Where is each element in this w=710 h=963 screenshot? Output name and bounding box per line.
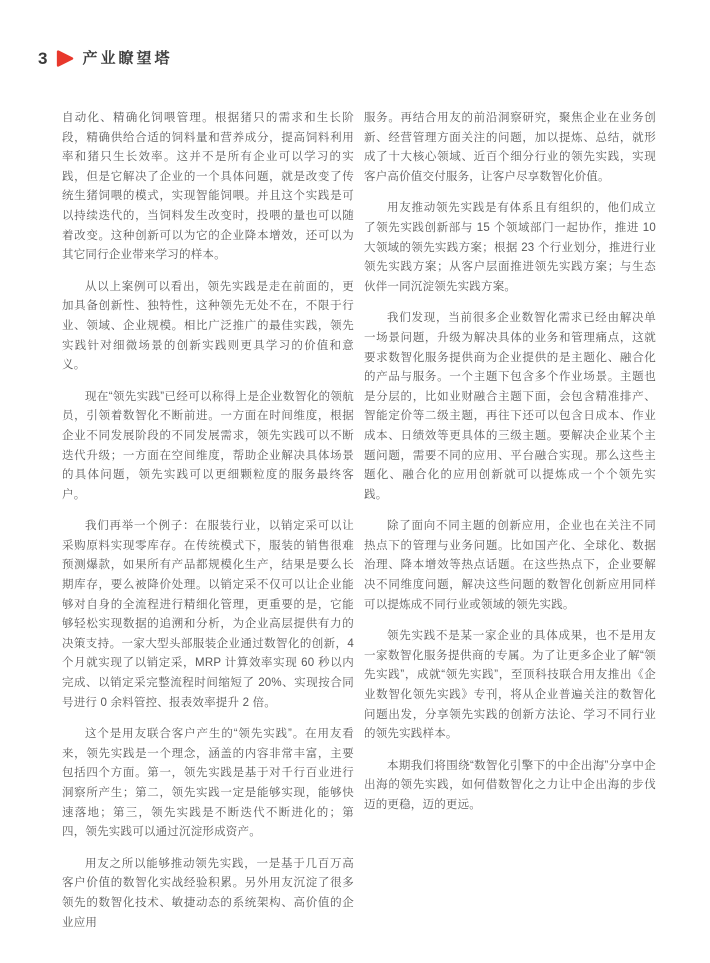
body-paragraph: 从以上案例可以看出，领先实践是走在前面的，更加具备创新性、独特性，这种领先无处不… (62, 278, 354, 376)
body-paragraph: 用友之所以能够推动领先实践，一是基于几百万高客户价值的数智化实战经验积累。另外用… (62, 855, 354, 933)
body-paragraph: 本期我们将围绕“数智化引擎下的中企出海”分享中企出海的领先实践，如何借数智化之力… (364, 757, 656, 816)
body-paragraph: 这个是用友联合客户产生的“领先实践”。在用友看来，领先实践是一个理念，涵盖的内容… (62, 725, 354, 843)
body-paragraph: 领先实践不是某一家企业的具体成果，也不是用友一家数智化服务提供商的专属。为了让更… (364, 627, 656, 745)
page-number: 3 (38, 50, 47, 67)
left-column: 自动化、精确化饲喂管理。根据猪只的需求和生长阶段，精确供给合适的饲料量和营养成分… (62, 109, 354, 945)
document-page: 3 产业瞭望塔 自动化、精确化饲喂管理。根据猪只的需求和生长阶段，精确供给合适的… (0, 0, 710, 963)
right-column: 服务。再结合用友的前沿洞察研究，聚焦企业在业务创新、经营管理方面关注的问题，加以… (364, 109, 656, 945)
page-header: 3 产业瞭望塔 (38, 49, 172, 68)
article-body: 自动化、精确化饲喂管理。根据猪只的需求和生长阶段，精确供给合适的饲料量和营养成分… (62, 109, 656, 945)
body-paragraph: 除了面向不同主题的创新应用，企业也在关注不同热点下的管理与业务问题。比如国产化、… (364, 517, 656, 615)
body-paragraph: 服务。再结合用友的前沿洞察研究，聚焦企业在业务创新、经营管理方面关注的问题，加以… (364, 109, 656, 187)
arrow-right-icon (55, 49, 74, 68)
body-paragraph: 我们再举一个例子：在服装行业，以销定采可以让采购原料实现零库存。在传统模式下，服… (62, 517, 354, 713)
body-paragraph: 自动化、精确化饲喂管理。根据猪只的需求和生长阶段，精确供给合适的饲料量和营养成分… (62, 109, 354, 266)
body-paragraph: 我们发现，当前很多企业数智化需求已经由解决单一场景问题，升级为解决具体的业务和管… (364, 309, 656, 505)
body-paragraph: 现在“领先实践”已经可以称得上是企业数智化的领航员，引领着数智化不断前进。一方面… (62, 388, 354, 506)
section-title: 产业瞭望塔 (82, 51, 172, 66)
body-paragraph: 用友推动领先实践是有体系且有组织的，他们成立了领先实践创新部与 15 个领域部门… (364, 199, 656, 297)
